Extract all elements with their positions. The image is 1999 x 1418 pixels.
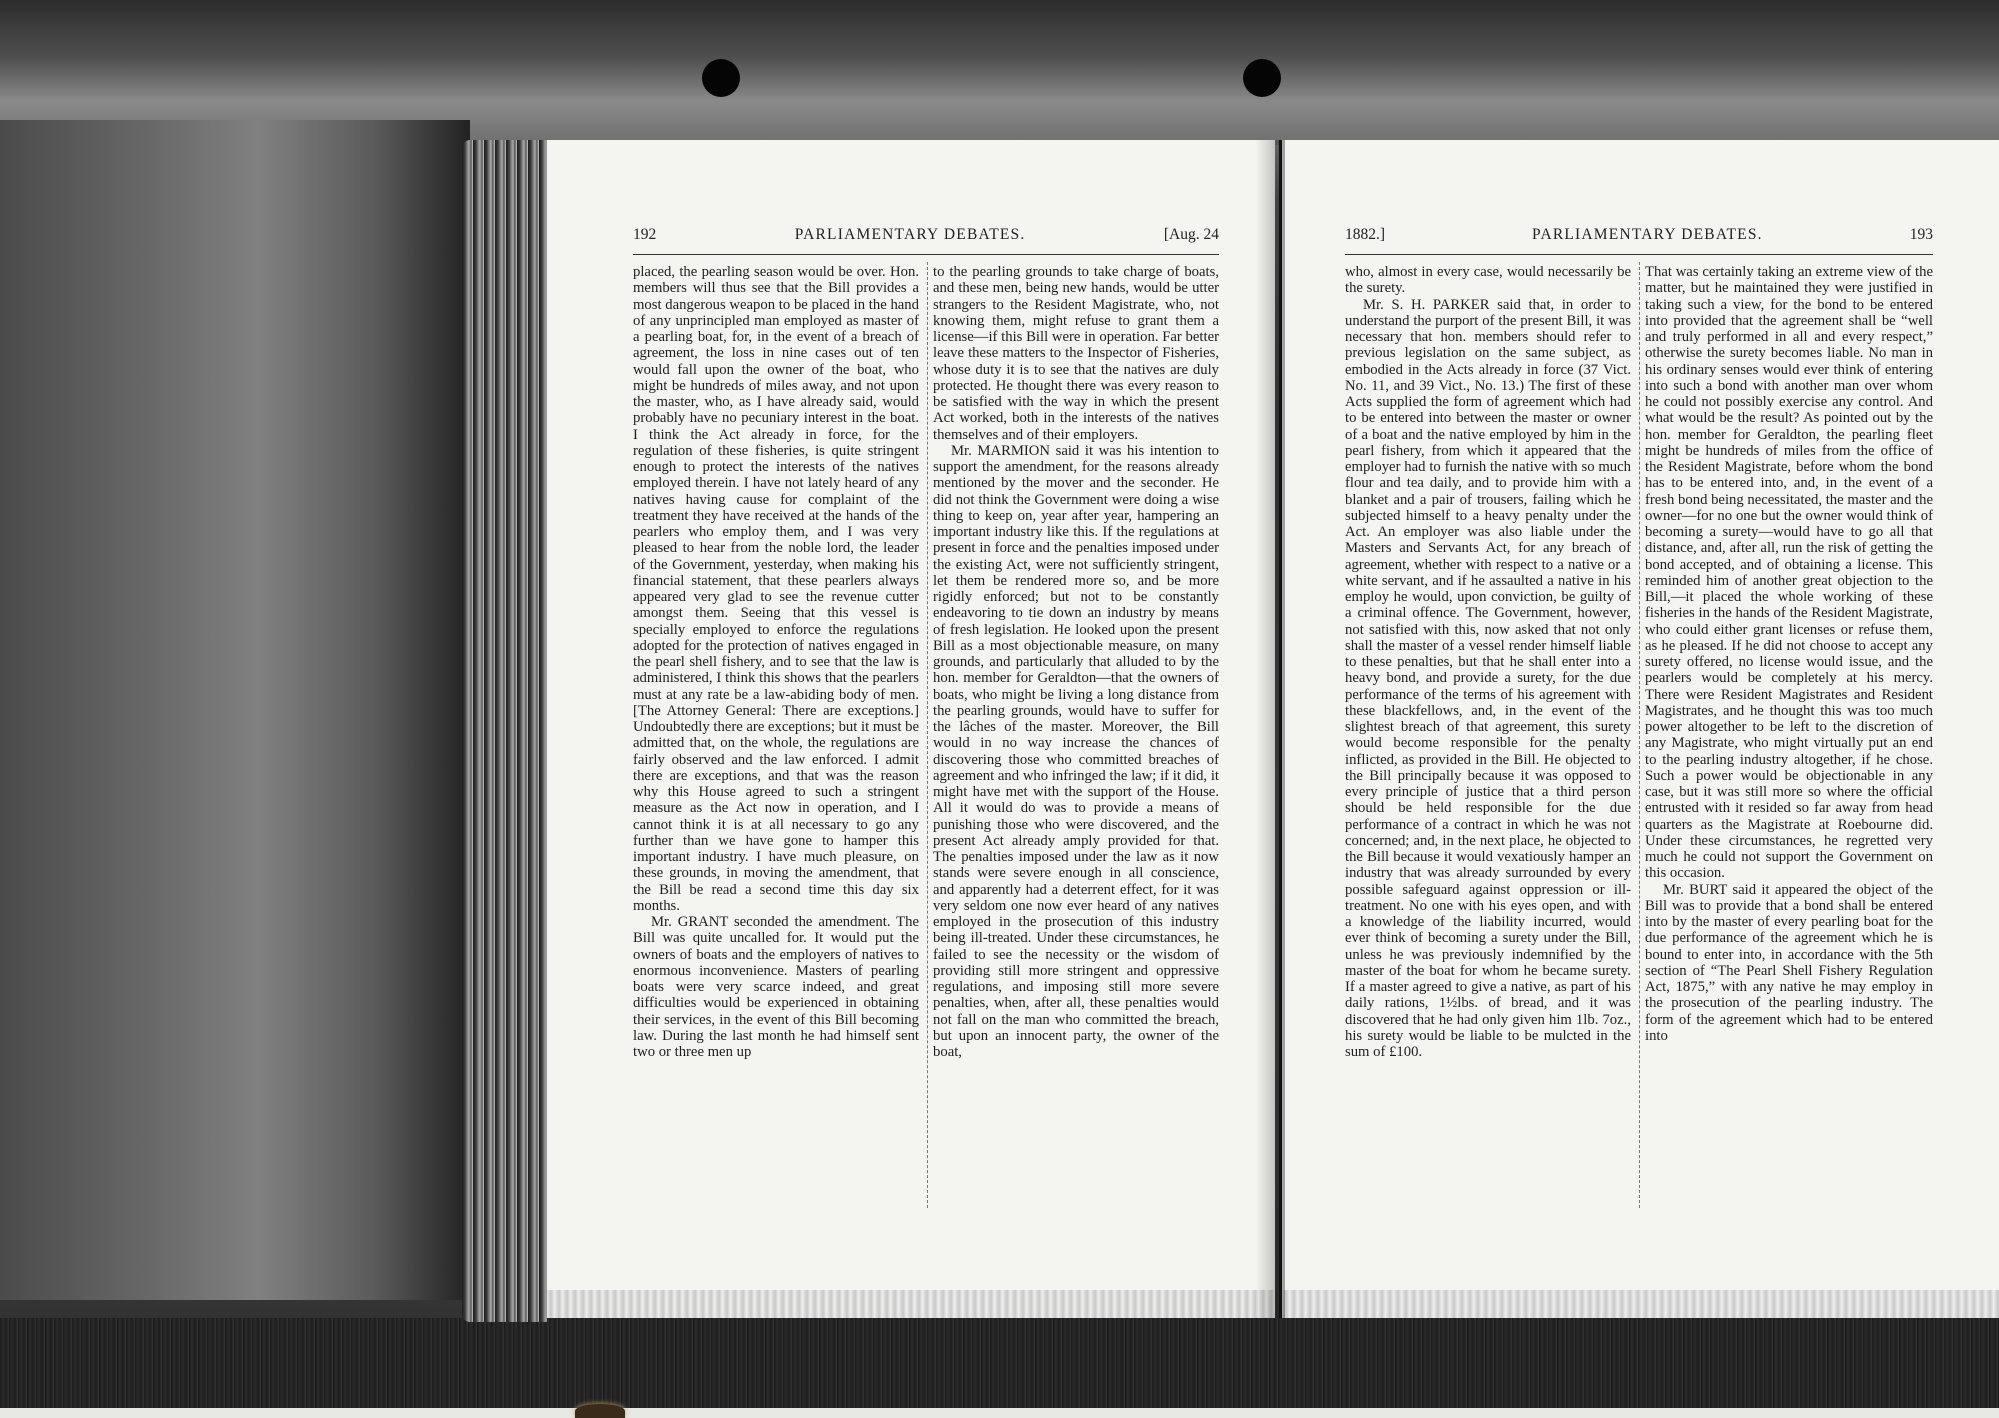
right-column-divider bbox=[1639, 262, 1640, 1208]
paragraph: That was certainly taking an extreme vie… bbox=[1645, 264, 1933, 882]
left-column-divider bbox=[927, 262, 928, 1208]
right-date-marker: 1882.] bbox=[1345, 226, 1385, 244]
left-running-title: PARLIAMENTARY DEBATES. bbox=[795, 226, 1026, 244]
right-header-rule bbox=[1345, 254, 1933, 255]
left-page-number: 192 bbox=[633, 226, 656, 244]
right-running-head: 1882.] PARLIAMENTARY DEBATES. 193 bbox=[1345, 226, 1933, 250]
right-page-column-2: That was certainly taking an extreme vie… bbox=[1645, 264, 1933, 1044]
paragraph: Mr. GRANT seconded the amendment. The Bi… bbox=[633, 914, 919, 1060]
paragraph: to the pearling grounds to take charge o… bbox=[933, 264, 1219, 443]
left-date-marker: [Aug. 24 bbox=[1164, 226, 1219, 244]
paragraph: Mr. MARMION said it was his intention to… bbox=[933, 443, 1219, 1061]
scan-bottom-strip bbox=[0, 1408, 1999, 1418]
book-page-edges bbox=[462, 140, 547, 1322]
left-page-bottom-edge bbox=[547, 1290, 1275, 1318]
paragraph: Mr. BURT said it appeared the object of … bbox=[1645, 882, 1933, 1045]
scan-background-bottom bbox=[0, 1318, 1999, 1418]
right-page-bottom-edge bbox=[1282, 1290, 1999, 1318]
paragraph: placed, the pearling season would be ove… bbox=[633, 264, 919, 914]
right-running-title: PARLIAMENTARY DEBATES. bbox=[1532, 226, 1763, 244]
scan-background-left bbox=[0, 120, 470, 1300]
left-running-head: 192 PARLIAMENTARY DEBATES. [Aug. 24 bbox=[633, 226, 1219, 250]
paragraph: who, almost in every case, would necessa… bbox=[1345, 264, 1631, 297]
paragraph: Mr. S. H. PARKER said that, in order to … bbox=[1345, 297, 1631, 1061]
left-header-rule bbox=[633, 254, 1219, 255]
book-gutter bbox=[1279, 140, 1282, 1318]
punch-hole-right bbox=[1243, 59, 1281, 97]
stain-mark bbox=[575, 1404, 625, 1418]
right-page-number: 193 bbox=[1910, 226, 1933, 244]
left-page-column-2: to the pearling grounds to take charge o… bbox=[933, 264, 1219, 1060]
punch-hole-left bbox=[702, 59, 740, 97]
left-page-column-1: placed, the pearling season would be ove… bbox=[633, 264, 919, 1060]
right-page-column-1: who, almost in every case, would necessa… bbox=[1345, 264, 1631, 1060]
